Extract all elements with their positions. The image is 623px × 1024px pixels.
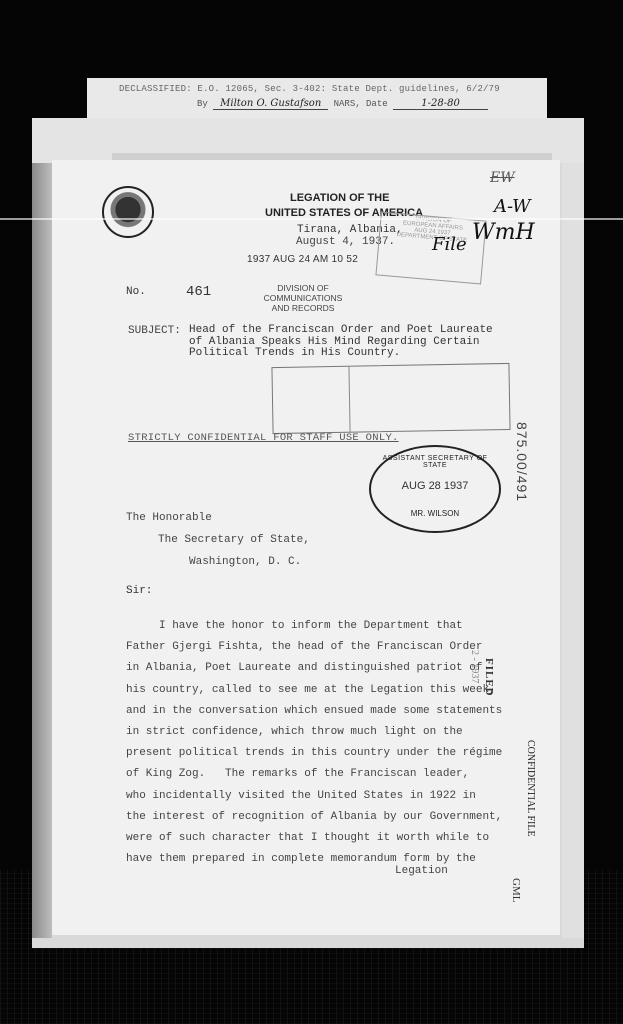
confidential-file-stamp: CONFIDENTIAL FILE bbox=[525, 740, 536, 837]
body-line: of King Zog. The remarks of the Francisc… bbox=[126, 768, 469, 780]
body-line: who incidentally visited the United Stat… bbox=[126, 790, 476, 802]
address-line-3: Washington, D. C. bbox=[189, 556, 301, 568]
continuation-word: Legation bbox=[395, 865, 448, 877]
body-line: in Albania, Poet Laureate and distinguis… bbox=[126, 662, 482, 674]
assistant-secretary-stamp: ASSISTANT SECRETARY OF STATE AUG 28 1937… bbox=[369, 445, 501, 533]
declassifier-signature: Milton O. Gustafson bbox=[213, 98, 328, 110]
subject-line: Head of the Franciscan Order and Poet La… bbox=[189, 325, 519, 337]
agency-label: NARS, Date bbox=[334, 99, 388, 109]
body-line: in strict confidence, which throw much l… bbox=[126, 726, 463, 738]
received-timestamp: 1937 AUG 24 AM 10 52 bbox=[247, 254, 358, 265]
subject-label: SUBJECT: bbox=[128, 325, 181, 337]
document-number-label: No. bbox=[126, 286, 146, 298]
by-label: By bbox=[197, 99, 208, 109]
address-line-2: The Secretary of State, bbox=[158, 534, 310, 546]
file-number: 875.00/491 bbox=[514, 422, 530, 502]
declassification-date: 1-28-80 bbox=[393, 98, 488, 110]
body-line: have them prepared in complete memorandu… bbox=[126, 853, 476, 865]
clerk-initials: GML bbox=[510, 878, 522, 902]
body-line: and in the conversation which ensued mad… bbox=[126, 705, 502, 717]
division-stamp: DIVISION OF COMMUNICATIONS AND RECORDS bbox=[258, 283, 348, 313]
body-line: were of such character that I thought it… bbox=[126, 832, 489, 844]
declassification-slip: DECLASSIFIED: E.O. 12065, Sec. 3-402: St… bbox=[87, 78, 547, 123]
salutation: Sir: bbox=[126, 585, 152, 597]
subject-text: Head of the Franciscan Order and Poet La… bbox=[189, 325, 519, 360]
letterhead-line-1: LEGATION OF THE bbox=[290, 192, 389, 204]
handwritten-file-note: File bbox=[432, 234, 467, 255]
declassification-authority: DECLASSIFIED: E.O. 12065, Sec. 3-402: St… bbox=[119, 84, 500, 94]
body-line: present political trends in this country… bbox=[126, 747, 502, 759]
oval-stamp-title: ASSISTANT SECRETARY OF STATE bbox=[379, 455, 491, 469]
body-line: I have the honor to inform the Departmen… bbox=[126, 620, 463, 632]
filed-date: 2 - 1937 bbox=[469, 650, 480, 683]
scan-artifact-line bbox=[0, 218, 623, 220]
us-great-seal-icon bbox=[102, 186, 154, 238]
declassification-signoff: By Milton O. Gustafson NARS, Date 1-28-8… bbox=[197, 98, 488, 110]
body-line: Father Gjergi Fishta, the head of the Fr… bbox=[126, 641, 482, 653]
routing-box bbox=[271, 363, 510, 434]
routing-box-divider bbox=[348, 367, 350, 432]
oval-stamp-date: AUG 28 1937 bbox=[371, 480, 499, 492]
handwritten-initials-top: EW bbox=[490, 170, 515, 186]
handwritten-initials-mid: A-W bbox=[494, 196, 531, 217]
body-line: his country, called to see me at the Leg… bbox=[126, 684, 496, 696]
address-line-1: The Honorable bbox=[126, 512, 212, 524]
division-stamp-line: COMMUNICATIONS bbox=[258, 293, 348, 303]
folder-right-edge bbox=[562, 163, 584, 938]
dispatch-page: LEGATION OF THE UNITED STATES OF AMERICA… bbox=[52, 160, 560, 935]
document-number: 461 bbox=[186, 284, 211, 300]
european-affairs-stamp: DIVISION OF EUROPEAN AFFAIRS AUG 24 1937… bbox=[375, 212, 486, 285]
oval-stamp-name: MR. WILSON bbox=[371, 509, 499, 518]
division-stamp-line: AND RECORDS bbox=[258, 303, 348, 313]
subject-line: Political Trends in His Country. bbox=[189, 348, 519, 360]
folder-left-edge bbox=[32, 163, 52, 938]
filed-stamp: FILED bbox=[483, 658, 495, 697]
body-line: the interest of recognition of Albania b… bbox=[126, 811, 502, 823]
division-stamp-line: DIVISION OF bbox=[258, 283, 348, 293]
handwritten-signature-mark: WmH bbox=[472, 220, 535, 245]
classification-marking: STRICTLY CONFIDENTIAL FOR STAFF USE ONLY… bbox=[128, 432, 399, 444]
